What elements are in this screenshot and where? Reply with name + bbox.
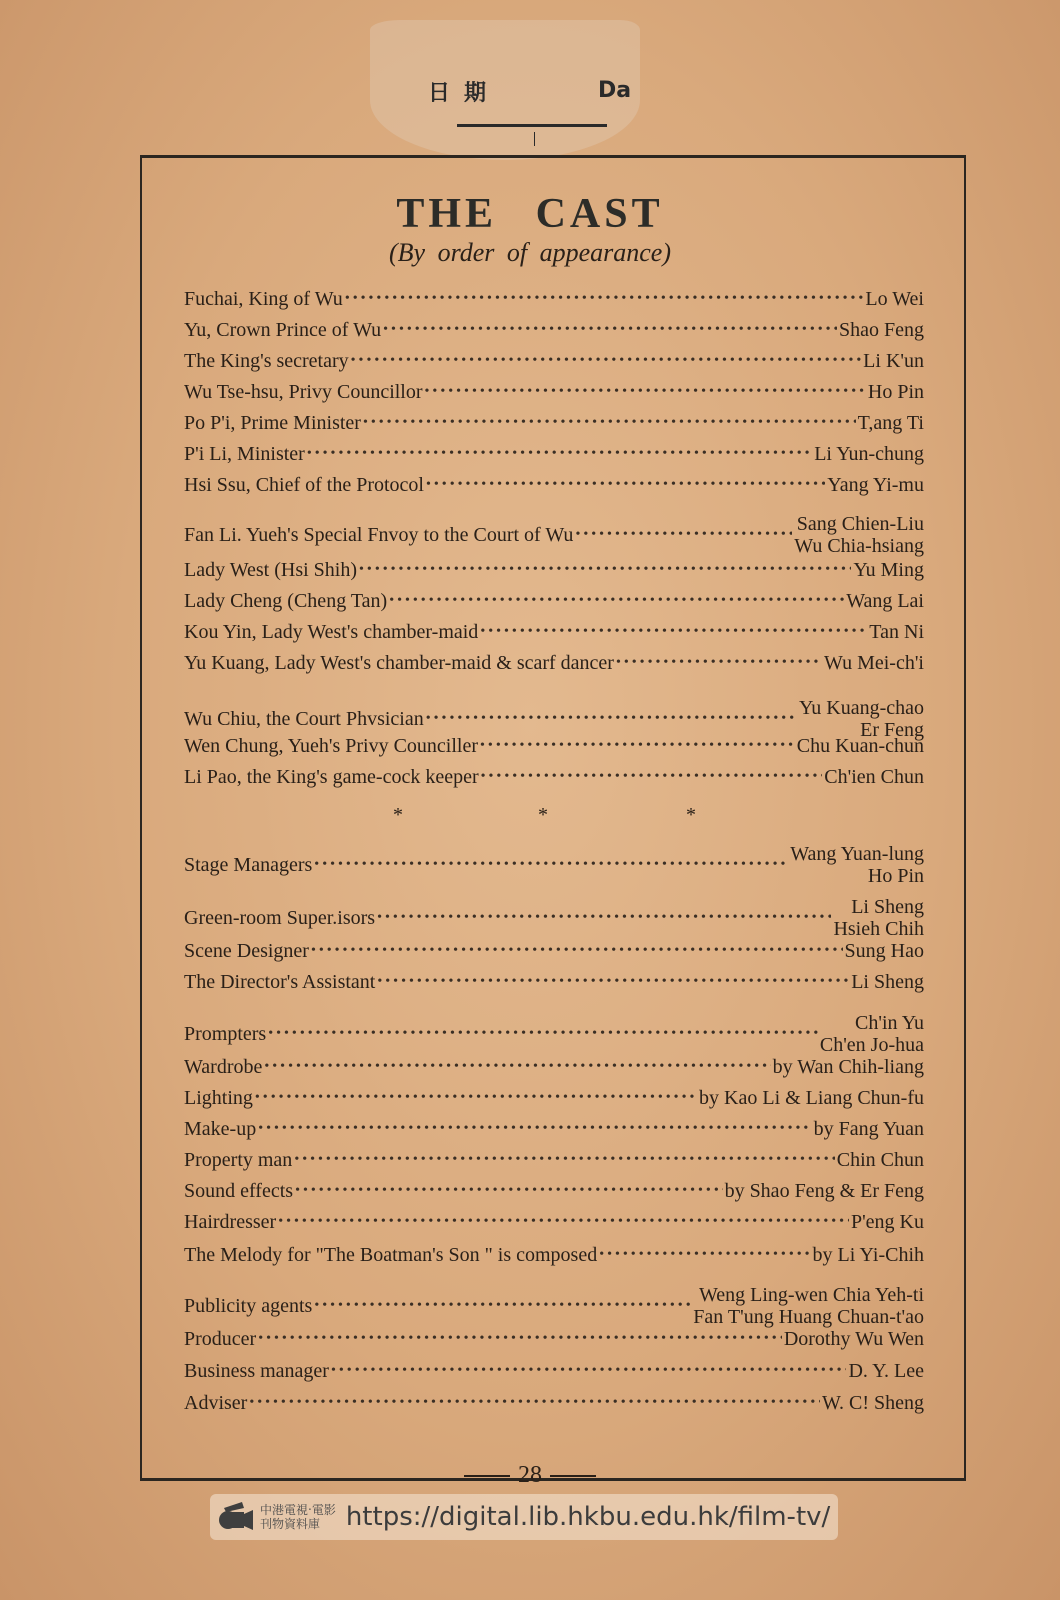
performer-name: Yang Yi-mu <box>827 474 924 496</box>
role-name: Hsi Ssu, Chief of the Protocol <box>184 474 424 496</box>
performer-name: by Fang Yuan <box>814 1118 924 1140</box>
crew-entry: PromptersCh'in YuCh'en Jo-hua <box>184 1012 924 1056</box>
dot-leader <box>331 1360 846 1382</box>
role-name: Fan Li. Yueh's Special Fnvoy to the Cour… <box>184 524 573 546</box>
page-subtitle: (By order of appearance) <box>0 238 1060 268</box>
date-stamp-chinese: 日期 <box>428 76 500 107</box>
performer-name-line: Yu Kuang-chao <box>799 697 924 719</box>
performer-name: Sang Chien-LiuWu Chia-hsiang <box>794 513 924 557</box>
role-name: Lady West (Hsi Shih) <box>184 559 357 581</box>
dot-leader <box>616 652 822 674</box>
crew-entry: The Melody for "The Boatman's Son " is c… <box>184 1244 924 1266</box>
performer-name-line: Ho Pin <box>790 865 924 887</box>
cast-entry: The King's secretaryLi K'un <box>184 350 924 372</box>
performer-name-line: Wu Chia-hsiang <box>794 535 924 557</box>
performer-name: W. C! Sheng <box>822 1392 924 1414</box>
crew-entry: ProducerDorothy Wu Wen <box>184 1328 924 1350</box>
role-name: Green-room Super.isors <box>184 907 375 929</box>
date-stamp-english: Da <box>598 78 631 103</box>
role-name: P'i Li, Minister <box>184 443 305 465</box>
role-name: Wardrobe <box>184 1056 262 1078</box>
crew-entry: Business managerD. Y. Lee <box>184 1360 924 1382</box>
performer-name: T,ang Ti <box>858 412 924 434</box>
cast-entry: Wen Chung, Yueh's Privy CouncillerChu Ku… <box>184 735 924 757</box>
performer-name: by Wan Chih-liang <box>773 1056 924 1078</box>
performer-name: D. Y. Lee <box>848 1360 924 1382</box>
dot-leader <box>307 443 812 465</box>
role-name: Lighting <box>184 1087 253 1109</box>
dot-leader <box>351 350 862 372</box>
dot-leader <box>481 766 823 788</box>
role-name: Kou Yin, Lady West's chamber-maid <box>184 621 478 643</box>
crew-entry: The Director's AssistantLi Sheng <box>184 971 924 993</box>
date-stamp-line <box>457 124 607 127</box>
cast-entry: Li Pao, the King's game-cock keeperCh'ie… <box>184 766 924 788</box>
separator-star: * <box>538 804 548 827</box>
performer-name: Wang Lai <box>846 590 924 612</box>
dot-leader <box>425 381 866 403</box>
library-watermark: 中港電視‧電影 刊物資料庫 https://digital.lib.hkbu.e… <box>210 1494 838 1540</box>
performer-name: Dorothy Wu Wen <box>784 1328 924 1350</box>
role-name: Business manager <box>184 1360 329 1382</box>
performer-name-line: Wang Yuan-lung <box>790 843 924 865</box>
cast-entry: Hsi Ssu, Chief of the ProtocolYang Yi-mu <box>184 474 924 496</box>
role-name: Fuchai, King of Wu <box>184 288 343 310</box>
role-name: Make-up <box>184 1118 256 1140</box>
role-name: Po P'i, Prime Minister <box>184 412 361 434</box>
dot-leader <box>426 708 797 730</box>
dot-leader <box>389 590 844 612</box>
film-camera-icon <box>218 1500 254 1534</box>
crew-entry: Scene DesignerSung Hao <box>184 940 924 962</box>
role-name: Sound effects <box>184 1180 293 1202</box>
dot-leader <box>359 559 851 581</box>
performer-name: Weng Ling-wen Chia Yeh-tiFan T'ung Huang… <box>693 1284 924 1328</box>
performer-name-line: Fan T'ung Huang Chuan-t'ao <box>693 1306 924 1328</box>
performer-name: by Kao Li & Liang Chun-fu <box>699 1087 924 1109</box>
crew-entry: Publicity agentsWeng Ling-wen Chia Yeh-t… <box>184 1284 924 1328</box>
dot-leader <box>278 1211 849 1233</box>
dot-leader <box>377 971 849 993</box>
performer-name: Yu Ming <box>853 559 924 581</box>
performer-name: Ch'in YuCh'en Jo-hua <box>820 1012 924 1056</box>
crew-entry: Stage ManagersWang Yuan-lungHo Pin <box>184 843 924 887</box>
cast-entry: Yu Kuang, Lady West's chamber-maid & sca… <box>184 652 924 674</box>
cast-entry: Fuchai, King of WuLo Wei <box>184 288 924 310</box>
performer-name: P'eng Ku <box>851 1211 924 1233</box>
performer-name: Li Sheng <box>851 971 924 993</box>
dot-leader <box>575 524 792 546</box>
crew-entry: HairdresserP'eng Ku <box>184 1211 924 1233</box>
dot-leader <box>383 319 837 341</box>
role-name: Yu, Crown Prince of Wu <box>184 319 381 341</box>
performer-name: Ho Pin <box>868 381 924 403</box>
dot-leader <box>255 1087 697 1109</box>
dot-leader <box>480 735 795 757</box>
cast-entry: Kou Yin, Lady West's chamber-maidTan Ni <box>184 621 924 643</box>
dot-leader <box>294 1149 834 1171</box>
performer-name: Tan Ni <box>869 621 924 643</box>
performer-name-line: Sang Chien-Liu <box>794 513 924 535</box>
crew-entry: Sound effectsby Shao Feng & Er Feng <box>184 1180 924 1202</box>
performer-name-line: Weng Ling-wen Chia Yeh-ti <box>693 1284 924 1306</box>
performer-name-line: Ch'in Yu <box>820 1012 924 1034</box>
performer-name: Lo Wei <box>865 288 924 310</box>
role-name: Stage Managers <box>184 854 312 876</box>
performer-name: Chu Kuan-chun <box>797 735 924 757</box>
role-name: Lady Cheng (Cheng Tan) <box>184 590 387 612</box>
cast-entry: Yu, Crown Prince of WuShao Feng <box>184 319 924 341</box>
role-name: Publicity agents <box>184 1295 312 1317</box>
dot-leader <box>314 854 788 876</box>
watermark-org-name: 中港電視‧電影 刊物資料庫 <box>260 1503 336 1531</box>
watermark-url[interactable]: https://digital.lib.hkbu.edu.hk/film-tv/ <box>346 1502 830 1532</box>
performer-name-line: Hsieh Chih <box>833 918 924 940</box>
performer-name: by Li Yi-Chih <box>813 1244 924 1266</box>
dot-leader <box>363 412 856 434</box>
role-name: The Melody for "The Boatman's Son " is c… <box>184 1244 597 1266</box>
role-name: Hairdresser <box>184 1211 276 1233</box>
separator-star: * <box>393 804 403 827</box>
page-title: THE CAST <box>0 190 1060 238</box>
performer-name: Sung Hao <box>845 940 924 962</box>
performer-name: Li Yun-chung <box>814 443 924 465</box>
dot-leader <box>314 1295 691 1317</box>
role-name: Wen Chung, Yueh's Privy Counciller <box>184 735 478 757</box>
page-number-dash-left <box>464 1475 510 1477</box>
dot-leader <box>480 621 867 643</box>
performer-name: Wang Yuan-lungHo Pin <box>790 843 924 887</box>
crew-entry: Make-upby Fang Yuan <box>184 1118 924 1140</box>
separator-star: * <box>686 804 696 827</box>
dot-leader <box>258 1118 811 1140</box>
cast-entry: Lady West (Hsi Shih)Yu Ming <box>184 559 924 581</box>
role-name: Adviser <box>184 1392 247 1414</box>
dot-leader <box>295 1180 723 1202</box>
role-name: Wu Chiu, the Court Phvsician <box>184 708 424 730</box>
crew-entry: Wardrobeby Wan Chih-liang <box>184 1056 924 1078</box>
performer-name: by Shao Feng & Er Feng <box>725 1180 924 1202</box>
role-name: Wu Tse-hsu, Privy Councillor <box>184 381 423 403</box>
cast-entry: Fan Li. Yueh's Special Fnvoy to the Cour… <box>184 513 924 557</box>
role-name: Prompters <box>184 1023 266 1045</box>
cast-entry: Po P'i, Prime MinisterT,ang Ti <box>184 412 924 434</box>
dot-leader <box>377 907 831 929</box>
performer-name: Wu Mei-ch'i <box>824 652 924 674</box>
crew-entry: Property manChin Chun <box>184 1149 924 1171</box>
dot-leader <box>268 1023 818 1045</box>
crew-entry: Lightingby Kao Li & Liang Chun-fu <box>184 1087 924 1109</box>
role-name: The Director's Assistant <box>184 971 375 993</box>
performer-name-line: Ch'en Jo-hua <box>820 1034 924 1056</box>
role-name: Property man <box>184 1149 292 1171</box>
performer-name-line: Li Sheng <box>833 896 924 918</box>
role-name: The King's secretary <box>184 350 349 372</box>
performer-name: Chin Chun <box>837 1149 924 1171</box>
performer-name: Ch'ien Chun <box>824 766 924 788</box>
dot-leader <box>599 1244 810 1266</box>
performer-name: Li K'un <box>863 350 924 372</box>
role-name: Producer <box>184 1328 256 1350</box>
dot-leader <box>311 940 843 962</box>
role-name: Li Pao, the King's game-cock keeper <box>184 766 479 788</box>
page-number-value: 28 <box>518 1462 542 1488</box>
role-name: Yu Kuang, Lady West's chamber-maid & sca… <box>184 652 614 674</box>
cast-entry: Wu Tse-hsu, Privy CouncillorHo Pin <box>184 381 924 403</box>
dot-leader <box>249 1392 820 1414</box>
dot-leader <box>264 1056 770 1078</box>
dot-leader <box>258 1328 782 1350</box>
crew-entry: AdviserW. C! Sheng <box>184 1392 924 1414</box>
page-number: 28 <box>0 1462 1060 1489</box>
cast-entry: Lady Cheng (Cheng Tan)Wang Lai <box>184 590 924 612</box>
crew-entry: Green-room Super.isorsLi ShengHsieh Chih <box>184 896 924 940</box>
role-name: Scene Designer <box>184 940 309 962</box>
dot-leader <box>426 474 825 496</box>
date-stamp-tick <box>534 132 535 146</box>
performer-name: Li ShengHsieh Chih <box>833 896 924 940</box>
cast-entry: P'i Li, MinisterLi Yun-chung <box>184 443 924 465</box>
dot-leader <box>345 288 864 310</box>
performer-name: Shao Feng <box>839 319 924 341</box>
page-number-dash-right <box>550 1475 596 1477</box>
